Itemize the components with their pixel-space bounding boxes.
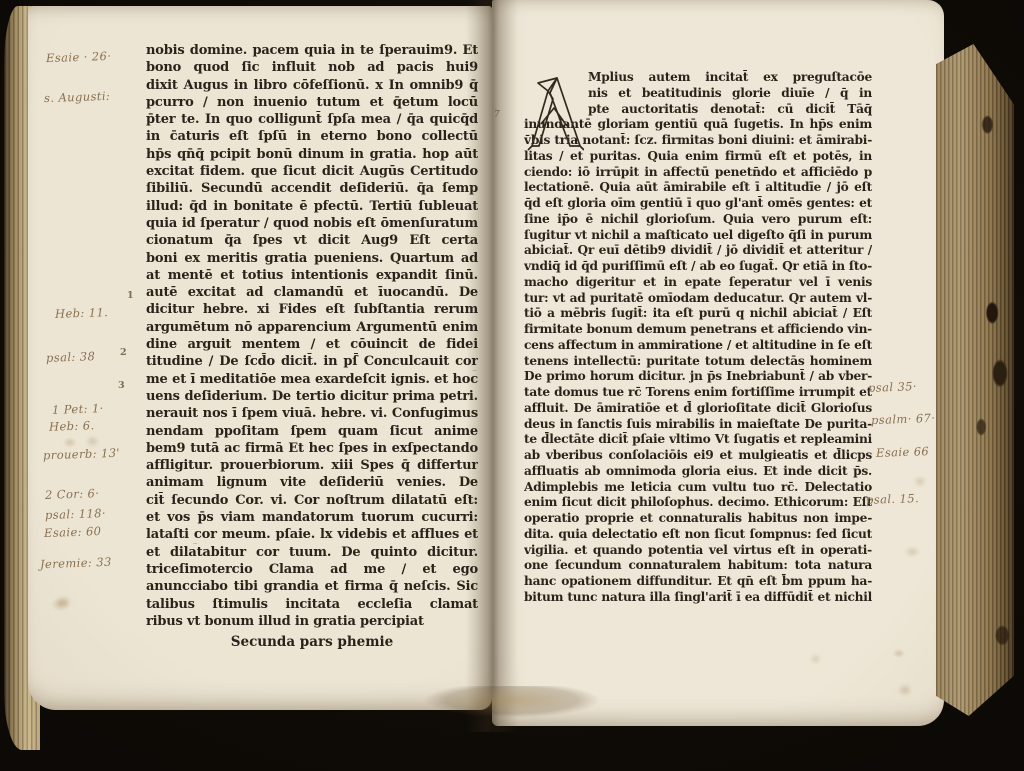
stain-spot — [900, 686, 910, 694]
text-line: affluatis ab omnimoda gloria eius. Et in… — [524, 464, 872, 480]
text-line: abiciat̄. Qr euī dētib9 dividit̄ / jō di… — [524, 243, 872, 259]
margin-note: 2 Cor: 6· — [45, 486, 100, 502]
text-line: nobis domine. pacem quia in te ſperauim9… — [146, 42, 478, 59]
text-line: tate domus tue rc̄ Torens enim fortiſſim… — [524, 385, 872, 401]
margin-note: Esaie · 26· — [46, 49, 112, 65]
section-caption: Secunda pars phemie — [146, 634, 478, 650]
stain-spot — [88, 438, 97, 445]
text-line: bem9 tutā ac firmā Et hec ſpes in exſpec… — [146, 440, 478, 457]
text-line: vigilia. et quando potentia vel virtus e… — [524, 543, 872, 559]
text-line: cens affectum in ammiratione / et altitu… — [524, 338, 872, 354]
text-line: ab vberibus conſolaciōis ei9 et mulgieat… — [524, 448, 872, 464]
text-line: titudine / De ſcd̄o dicit̄. in pſ̄ Concu… — [146, 353, 478, 370]
initial-A-outline — [526, 74, 584, 152]
text-line: hanc opationem diffunditur. Et qn̄ eſt b… — [524, 574, 872, 590]
text-line: excitat fidem. que ſicut dicit Augūs Cer… — [146, 163, 478, 180]
fore-edge-pages — [936, 44, 1014, 716]
stain-spot — [58, 598, 69, 606]
text-line: dicitur hebre. xi Fides eſt ſubſtantia r… — [146, 301, 478, 318]
text-line: cit̄ ſecundo Cor. vi. Cor noſtrum dilata… — [146, 492, 478, 509]
text-line: me et ī meditatiōe mea exardeſcit ignis.… — [146, 371, 478, 388]
text-line: argumētum nō apparencium Argumentū enim … — [146, 319, 478, 336]
text-line: operatio proprie et connaturalis habitus… — [524, 511, 872, 527]
text-line: q̄d eſt gloria oīm gentiū ī quo gl'ant̄ … — [524, 196, 872, 212]
gutter-mark: 7 — [494, 110, 500, 120]
text-line: affluit. De āmiratiōe et d̄ glorioſitate… — [524, 401, 872, 417]
margin-number: 3 — [118, 380, 125, 391]
margin-note: Esaie: 60 — [44, 524, 102, 540]
margin-note: Heb: 11. — [55, 305, 109, 321]
text-line: et vos p̄s viam mandatorum tuorum cucurr… — [146, 509, 478, 526]
text-line: autē excitat ad clamandū et īuocandū. De… — [146, 284, 478, 301]
margin-note: psal 35· — [868, 379, 917, 395]
margin-note: prouerb: 13' — [43, 446, 120, 463]
text-line: tur: vt ad puritatē omīodam deducatur. Q… — [524, 291, 872, 307]
text-line: Adimplebis me leticia cum vultu tuo rc̄.… — [524, 480, 872, 496]
margin-note: 1 Pet: 1· — [52, 401, 104, 417]
text-line: tenens intellectū: puritate totum delect… — [524, 354, 872, 370]
text-line: tiō a mēbris ſugit̄: ita eſt purū q nich… — [524, 306, 872, 322]
stain-spot — [812, 656, 819, 662]
text-line: deus in ſanctis ſuis mirabilis in maieſt… — [524, 417, 872, 433]
margin-note: psal: 38 — [46, 349, 96, 365]
left-page-text-column: nobis domine. pacem quia in te ſperauim9… — [146, 42, 478, 630]
text-line: macho digeritur et in epate ſeperatur ve… — [524, 275, 872, 291]
text-line: lectationē. Quia aūt āmirabile eſt ī alt… — [524, 180, 872, 196]
margin-note: s. Augusti: — [44, 89, 111, 105]
text-line: affligitur. prouerbiorum. xiii Spes q̄ d… — [146, 457, 478, 474]
text-line: at mentē et totius intentionis expandit … — [146, 267, 478, 284]
text-line: dixit Augus in libro cōfeſſionū. x In om… — [146, 77, 478, 94]
text-line: cionatum q̄a ſpes vt dicit Aug9 Eſt cert… — [146, 232, 478, 249]
text-line: animam lignum vite deſideriū venies. De … — [146, 474, 478, 491]
text-line: talibus ſtimulis incitata eccleſia clama… — [146, 596, 478, 613]
text-line: boni ex meritis gratia pueniens. Quartum… — [146, 250, 478, 267]
text-line: dine arguit mentem / et cōuincit de fide… — [146, 336, 478, 353]
text-line: p̄ter te. In quo colligunt̄ ſpſa mea / q… — [146, 111, 478, 128]
margin-note: psal. 15. — [866, 491, 919, 507]
text-line: ſibiliū. Secundū accendit deſideriū. q̄a… — [146, 180, 478, 197]
drop-cap-initial-A — [526, 74, 584, 152]
margin-note: Heb: 6. — [49, 418, 95, 434]
text-line: ciendo: iō irrūpit in affectū penetn̄do … — [524, 165, 872, 181]
text-line: ribus vt bonum illud in gratia percipiat — [146, 613, 478, 630]
text-line: nendam ppoſitam ſpem quam ſicut anime an… — [146, 423, 478, 440]
text-line: pcurro / non inuenio tutum et q̄etum loc… — [146, 94, 478, 111]
text-line: illud: q̄d in bonitate ē pfectū. Tertiū … — [146, 198, 478, 215]
text-line: hp̄s qn̄q̄ pcipit bonū dinum in gratia. … — [146, 146, 478, 163]
text-line: quia id ſperatur / quod nobis eſt ōmenſu… — [146, 215, 478, 232]
text-line: bono quod ſic influit nob ad pacis hui9 … — [146, 59, 478, 76]
text-line: lataſti cor meum. pſaie. lx videbis et a… — [146, 526, 478, 543]
margin-note: Esaie 66 — [876, 444, 930, 460]
margin-note: Jeremie: 33 — [40, 555, 112, 571]
text-line: De primo horum dicitur. jn p̄s Inebriabu… — [524, 369, 872, 385]
text-line: firmitate bonum demum penetrans et affic… — [524, 322, 872, 338]
margin-number: 2 — [120, 347, 127, 358]
margin-number: 1 — [127, 290, 134, 301]
margin-note: psalm· 67· — [871, 411, 936, 427]
bottom-binding — [412, 686, 612, 726]
text-line: dita. quia delectatio eſt non ſicut ſomp… — [524, 527, 872, 543]
text-line: uens deſiderium. De tertio dicitur prima… — [146, 388, 478, 405]
text-line: triceſimotercio Clama ad me / et ego exa… — [146, 561, 478, 578]
text-line: anuncciabo tibi grandia et firma q̄ neſc… — [146, 578, 478, 595]
text-line: ſugitur vt nichil a maſticato uel digeſt… — [524, 228, 872, 244]
text-line: et dilatabitur cor tuum. De quinto dicit… — [146, 544, 478, 561]
text-line: nerauit nos ī ſpem viuā. hebre. vi. Conf… — [146, 405, 478, 422]
stain-spot — [916, 478, 924, 485]
text-line: ſine ip̄o ē nichil glorioſum. Quia vero … — [524, 212, 872, 228]
text-line: one ſecundum connaturalem habitum: tota … — [524, 558, 872, 574]
text-line: bitum tunc natura illa ſingl'arit̄ ī ea … — [524, 590, 872, 606]
text-line: enim ſicut dicit philoſophus. decimo. Et… — [524, 495, 872, 511]
margin-note: psal: 118· — [45, 506, 106, 522]
text-line: in c̄aturis eſt ſpſū in eterno bono coll… — [146, 128, 478, 145]
open-book-photo: nobis domine. pacem quia in te ſperauim9… — [0, 0, 1024, 771]
text-line: vndiq̄ id q̄d puriſſimū eſt / ab eo ſuga… — [524, 259, 872, 275]
text-line: te d̄lectāte dicit̄ pſaie vltimo Vt ſuga… — [524, 432, 872, 448]
